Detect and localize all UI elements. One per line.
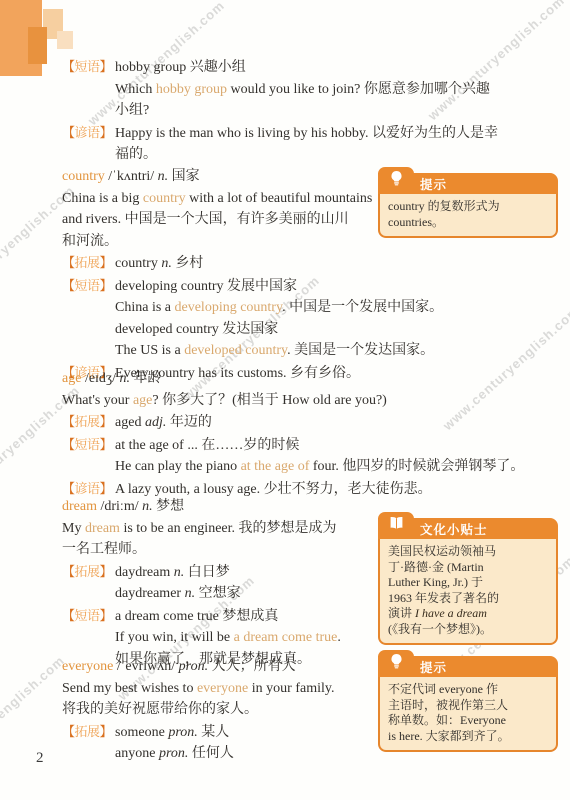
tip-line: 主语时，被视作第三人 xyxy=(388,698,548,714)
text-segment: (《我有一个梦想》)。 xyxy=(388,622,492,636)
entry-block-hobby: 【短语】hobby group 兴趣小组Which hobby group wo… xyxy=(62,56,562,166)
text-segment: He can play the piano xyxy=(115,459,241,474)
tip-box-title: 提示 xyxy=(420,658,447,676)
text-segment: Luther King, Jr.) 于 xyxy=(388,575,483,589)
text-segment: 乡村 xyxy=(172,256,204,271)
text-segment: countries。 xyxy=(388,215,444,229)
text-segment: 演讲 xyxy=(388,606,415,620)
highlighted-phrase: country xyxy=(143,191,186,206)
tip-line: Luther King, Jr.) 于 xyxy=(388,575,548,591)
text-segment: 和河流。 xyxy=(62,234,118,249)
phonetic: /ˈkʌntri/ xyxy=(105,169,158,184)
text-segment: 空想家 xyxy=(195,586,241,601)
tip-box-culture: 文化小贴士 美国民权运动领袖马丁·路德·金 (MartinLuther King… xyxy=(378,512,558,645)
part-of-speech: n. xyxy=(120,371,131,386)
text-segment: is here. 大家都到齐了。 xyxy=(388,729,510,743)
tip-line: 称单数。如：Everyone xyxy=(388,713,548,729)
tag-label: 【短语】 xyxy=(62,278,112,293)
tag-text: 短语 xyxy=(75,437,100,452)
text-segment: My xyxy=(62,521,85,536)
part-of-speech: n. xyxy=(161,256,172,271)
text-segment: A lazy youth, a lousy age. 少壮不努力，老大徒伤悲。 xyxy=(115,482,432,497)
text-segment: 白日梦 xyxy=(184,565,230,580)
entry-line: developed country 发达国家 xyxy=(62,319,562,341)
text-segment: 小组? xyxy=(115,103,149,118)
headword: age xyxy=(62,371,81,386)
page-number: 2 xyxy=(36,750,44,767)
part-of-speech: n. xyxy=(158,169,169,184)
tip-box-icon-tab xyxy=(378,512,414,539)
entry-line: The US is a developed country. 美国是一个发达国家… xyxy=(62,340,562,362)
highlighted-phrase: developing country xyxy=(175,300,283,315)
text-segment: 美国民权运动领袖马 xyxy=(388,544,496,558)
entry-line: He can play the piano at the age of four… xyxy=(62,456,562,478)
tag-label: 【谚语】 xyxy=(62,481,112,496)
tag-bracket: 】 xyxy=(100,481,113,496)
text-segment: . 中国是一个发展中国家。 xyxy=(282,300,443,315)
tag-label: 【拓展】 xyxy=(62,724,112,739)
text-segment: aged xyxy=(115,415,145,430)
text-segment: 任何人 xyxy=(188,746,234,761)
phonetic: /driːm/ xyxy=(97,499,142,514)
tag-bracket: 【 xyxy=(62,481,75,496)
highlighted-phrase: everyone xyxy=(197,681,248,696)
tip-line: 1963 年发表了著名的 xyxy=(388,591,548,607)
highlighted-phrase: dream xyxy=(85,521,120,536)
tip-box-body: country 的复数形式为countries。 xyxy=(378,194,558,238)
text-segment: ? 你多大了？(相当于 How old are you?) xyxy=(152,393,386,408)
decoration-square xyxy=(28,27,47,64)
tag-bracket: 【 xyxy=(62,125,75,140)
text-segment: 不定代词 everyone 作 xyxy=(388,682,498,696)
tip-line: 演讲 I have a dream xyxy=(388,606,548,622)
text-segment: four. 他四岁的时候就会弹钢琴了。 xyxy=(309,459,524,474)
tag-bracket: 【 xyxy=(62,437,75,452)
tip-box-icon-tab xyxy=(378,167,414,194)
tag-text: 谚语 xyxy=(75,481,100,496)
tag-bracket: 】 xyxy=(100,414,113,429)
text-segment: China is a big xyxy=(62,191,143,206)
tag-bracket: 】 xyxy=(100,724,113,739)
entry-line: age /eɪdʒ/ n. 年龄 xyxy=(62,368,562,390)
entry-line: 【拓展】country n. 乡村 xyxy=(62,252,562,275)
part-of-speech: pron. xyxy=(179,659,208,674)
text-segment: and rivers. 中国是一个大国，有许多美丽的山川 xyxy=(62,212,349,227)
text-segment: 福的。 xyxy=(115,147,157,162)
tag-bracket: 】 xyxy=(100,608,113,623)
part-of-speech: adj. xyxy=(145,415,166,430)
tip-line: 美国民权运动领袖马 xyxy=(388,544,548,560)
tag-bracket: 【 xyxy=(62,414,75,429)
entry-block-age: age /eɪdʒ/ n. 年龄What's your age? 你多大了？(相… xyxy=(62,368,562,500)
text-segment: . xyxy=(337,630,341,645)
tag-bracket: 【 xyxy=(62,59,75,74)
headword: everyone xyxy=(62,659,113,674)
headword: country xyxy=(62,169,105,184)
text-segment: in your family. xyxy=(248,681,334,696)
text-segment: . 美国是一个发达国家。 xyxy=(287,343,434,358)
text-segment: a dream come true 梦想成真 xyxy=(115,609,278,624)
part-of-speech: pron. xyxy=(159,746,188,761)
text-segment: 一名工程师。 xyxy=(62,542,146,557)
tag-bracket: 【 xyxy=(62,255,75,270)
tip-line: country 的复数形式为 xyxy=(388,199,548,215)
text-segment: 梦想 xyxy=(153,499,185,514)
tag-text: 短语 xyxy=(75,608,100,623)
text-segment: developed country 发达国家 xyxy=(115,322,278,337)
tip-box-icon-tab xyxy=(378,650,414,677)
tag-bracket: 【 xyxy=(62,608,75,623)
text-segment: daydreamer xyxy=(115,586,185,601)
tag-text: 拓展 xyxy=(75,414,100,429)
text-segment: 年龄 xyxy=(130,371,162,386)
tip-line: 不定代词 everyone 作 xyxy=(388,682,548,698)
tag-label: 【拓展】 xyxy=(62,564,112,579)
entry-line: 【短语】developing country 发展中国家 xyxy=(62,275,562,298)
tag-bracket: 】 xyxy=(100,59,113,74)
tag-bracket: 】 xyxy=(100,437,113,452)
tip-line: is here. 大家都到齐了。 xyxy=(388,729,548,745)
tag-bracket: 】 xyxy=(100,255,113,270)
tag-text: 短语 xyxy=(75,278,100,293)
tag-bracket: 】 xyxy=(100,278,113,293)
text-segment: 国家 xyxy=(168,169,200,184)
text-segment: would you like to join? 你愿意参加哪个兴趣 xyxy=(227,82,490,97)
decoration-square xyxy=(57,31,73,49)
book-icon xyxy=(388,516,405,535)
text-segment: If you win, it will be xyxy=(115,630,234,645)
tip-line: countries。 xyxy=(388,215,548,231)
entry-line: 【拓展】aged adj. 年迈的 xyxy=(62,411,562,434)
entry-line: 【谚语】Happy is the man who is living by hi… xyxy=(62,122,562,145)
lightbulb-icon xyxy=(389,170,404,192)
tag-text: 短语 xyxy=(75,59,100,74)
text-segment: hobby group 兴趣小组 xyxy=(115,60,246,75)
headword: dream xyxy=(62,499,97,514)
tag-bracket: 【 xyxy=(62,724,75,739)
tip-box-body: 不定代词 everyone 作主语时，被视作第三人称单数。如：Everyonei… xyxy=(378,677,558,752)
tip-line: 丁·路德·金 (Martin xyxy=(388,560,548,576)
tag-label: 【短语】 xyxy=(62,437,112,452)
text-segment: 称单数。如：Everyone xyxy=(388,713,506,727)
tip-box-country-plural: 提示 country 的复数形式为countries。 xyxy=(378,167,558,238)
entry-line: 小组? xyxy=(62,100,562,122)
text-segment: China is a xyxy=(115,300,175,315)
tag-bracket: 】 xyxy=(100,125,113,140)
text-segment: Happy is the man who is living by his ho… xyxy=(115,126,498,141)
tip-box-everyone: 提示 不定代词 everyone 作主语时，被视作第三人称单数。如：Everyo… xyxy=(378,650,558,752)
entry-line: 【短语】hobby group 兴趣小组 xyxy=(62,56,562,79)
part-of-speech: pron. xyxy=(168,725,197,740)
text-segment: 人人；所有人 xyxy=(208,659,296,674)
tip-box-title: 提示 xyxy=(420,175,447,193)
part-of-speech: n. xyxy=(174,565,185,580)
text-segment: developing country 发展中国家 xyxy=(115,279,297,294)
text-segment: 主语时，被视作第三人 xyxy=(388,698,508,712)
book-page: www.centuryenglish.com www.centuryenglis… xyxy=(0,0,570,800)
part-of-speech: n. xyxy=(142,499,153,514)
text-segment: 1963 年发表了著名的 xyxy=(388,591,499,605)
text-segment: The US is a xyxy=(115,343,184,358)
text-segment: at the age of ... 在……岁的时候 xyxy=(115,438,299,453)
lightbulb-icon xyxy=(389,653,404,675)
highlighted-phrase: developed country xyxy=(184,343,287,358)
entry-line: China is a developing country. 中国是一个发展中国… xyxy=(62,297,562,319)
entry-line: 福的。 xyxy=(62,144,562,166)
tag-text: 拓展 xyxy=(75,255,100,270)
tag-bracket: 【 xyxy=(62,564,75,579)
text-segment: is to be an engineer. 我的梦想是成为 xyxy=(120,521,337,536)
text-segment: country xyxy=(115,256,161,271)
highlighted-phrase: hobby group xyxy=(156,82,227,97)
entry-line: What's your age? 你多大了？(相当于 How old are y… xyxy=(62,390,562,412)
phonetic: /eɪdʒ/ xyxy=(81,371,119,386)
tag-label: 【谚语】 xyxy=(62,125,112,140)
tip-line: (《我有一个梦想》)。 xyxy=(388,622,548,638)
tag-text: 拓展 xyxy=(75,724,100,739)
tip-box-title: 文化小贴士 xyxy=(420,520,488,538)
highlighted-phrase: age xyxy=(133,393,152,408)
part-of-speech: I have a dream xyxy=(415,606,487,620)
tag-label: 【拓展】 xyxy=(62,414,112,429)
tag-bracket: 【 xyxy=(62,278,75,293)
text-segment: 某人 xyxy=(198,725,230,740)
watermark: www.centuryenglish.com xyxy=(0,653,68,783)
text-segment: with a lot of beautiful mountains xyxy=(186,191,373,206)
tag-text: 谚语 xyxy=(75,125,100,140)
tag-bracket: 】 xyxy=(100,564,113,579)
highlighted-phrase: at the age of xyxy=(241,459,310,474)
text-segment: Which xyxy=(115,82,156,97)
part-of-speech: n. xyxy=(185,586,196,601)
tag-label: 【短语】 xyxy=(62,608,112,623)
text-segment: anyone xyxy=(115,746,159,761)
text-segment: country 的复数形式为 xyxy=(388,199,500,213)
entry-line: 【短语】at the age of ... 在……岁的时候 xyxy=(62,434,562,457)
tag-label: 【拓展】 xyxy=(62,255,112,270)
text-segment: 年迈的 xyxy=(166,415,212,430)
text-segment: daydream xyxy=(115,565,174,580)
tag-text: 拓展 xyxy=(75,564,100,579)
entry-line: Which hobby group would you like to join… xyxy=(62,79,562,101)
text-segment: someone xyxy=(115,725,168,740)
phonetic: /ˈevriwʌn/ xyxy=(113,659,178,674)
tag-label: 【短语】 xyxy=(62,59,112,74)
text-segment: Send my best wishes to xyxy=(62,681,197,696)
tip-box-body: 美国民权运动领袖马丁·路德·金 (MartinLuther King, Jr.)… xyxy=(378,539,558,645)
text-segment: 丁·路德·金 (Martin xyxy=(388,560,484,574)
text-segment: 将我的美好祝愿带给你的家人。 xyxy=(62,702,258,717)
highlighted-phrase: a dream come true xyxy=(234,630,338,645)
text-segment: What's your xyxy=(62,393,133,408)
